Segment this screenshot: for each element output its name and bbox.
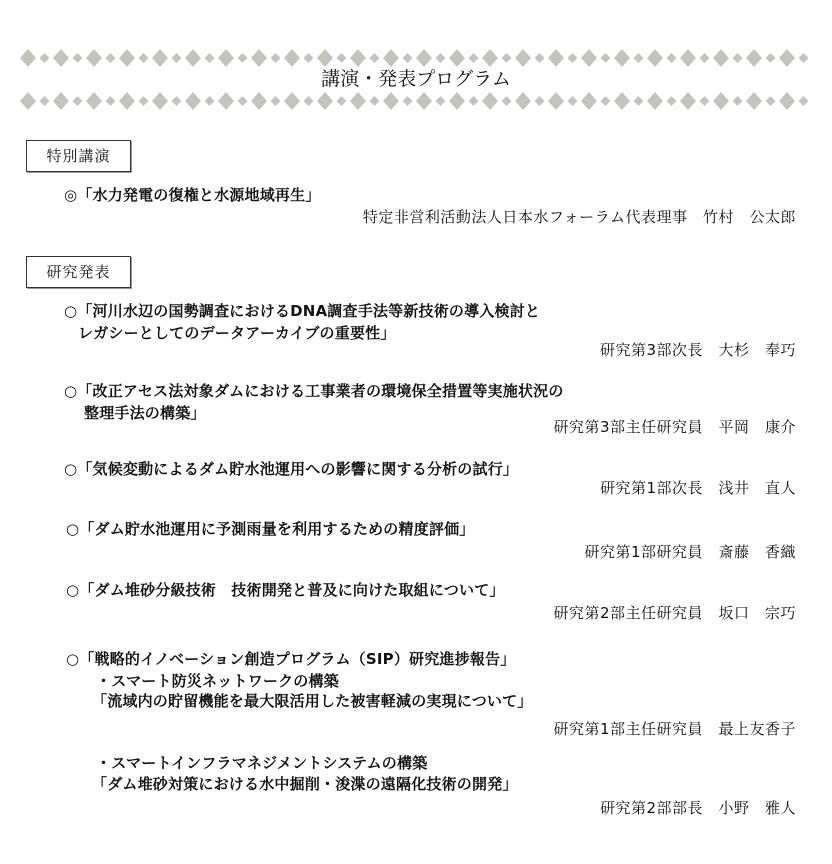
- research-item-title: ○「改正アセス法対象ダムにおける工事業者の環境保全措置等実施状況の: [64, 380, 564, 401]
- diamond-pattern-icon: [20, 91, 810, 111]
- circle-icon: ○: [64, 460, 77, 478]
- sip-subitem-title: 「流域内の貯留機能を最大限活用した被害軽減の実現について」: [92, 690, 533, 711]
- sip-subitem-heading: ・スマートインフラマネジメントシステムの構築: [96, 752, 427, 773]
- section-label-special-lecture: 特別講演: [26, 140, 131, 172]
- special-lecture-presenter: 特定非営利活動法人日本水フォーラム代表理事 竹村 公太郎: [363, 206, 796, 227]
- research-item-presenter: 研究第1部次長 浅井 直人: [600, 477, 796, 498]
- diamond-border-bottom: [20, 91, 810, 111]
- research-item-presenter: 研究第3部主任研究員 平岡 康介: [553, 416, 796, 437]
- research-item-title: ○「気候変動によるダム貯水池運用への影響に関する分析の試行」: [64, 458, 518, 479]
- circle-icon: ○: [66, 520, 79, 538]
- research-item-title: ○「戦略的イノベーション創造プログラム（SIP）研究進捗報告」: [66, 648, 515, 669]
- sip-subitem-title: 「ダム堆砂対策における水中掘削・浚渫の遠隔化技術の開発」: [92, 773, 518, 794]
- special-lecture-title: ◎「水力発電の復権と水源地域再生」: [64, 184, 321, 205]
- circle-icon: ○: [64, 382, 77, 400]
- research-item-presenter: 研究第1部研究員 斎藤 香織: [584, 541, 796, 562]
- section-label-research: 研究発表: [26, 256, 131, 288]
- sip-subitem-presenter: 研究第2部部長 小野 雅人: [600, 797, 796, 818]
- research-item-title: ○「河川水辺の国勢調査におけるDNA調査手法等新技術の導入検討と: [64, 300, 540, 321]
- circle-icon: ○: [64, 302, 77, 320]
- research-item-title-cont: レガシーとしてのデータアーカイブの重要性」: [78, 322, 396, 343]
- research-item-title-cont: 整理手法の構築」: [84, 402, 206, 423]
- research-item-title: ○「ダム堆砂分級技術 技術開発と普及に向けた取組について」: [66, 579, 505, 600]
- research-item-presenter: 研究第3部次長 大杉 奉巧: [600, 339, 796, 360]
- research-item-presenter: 研究第2部主任研究員 坂口 宗巧: [553, 602, 796, 623]
- page-title: 講演・発表プログラム: [0, 64, 832, 91]
- circle-icon: ○: [66, 650, 79, 668]
- circle-icon: ○: [66, 581, 79, 599]
- sip-subitem-heading: ・スマート防災ネットワークの構築: [96, 670, 339, 691]
- double-circle-icon: ◎: [64, 186, 77, 204]
- research-item-title: ○「ダム貯水池運用に予測雨量を利用するための精度評価」: [66, 518, 475, 539]
- special-lecture-title-text: 「水力発電の復権と水源地域再生」: [77, 186, 320, 204]
- sip-subitem-presenter: 研究第1部主任研究員 最上友香子: [553, 718, 796, 739]
